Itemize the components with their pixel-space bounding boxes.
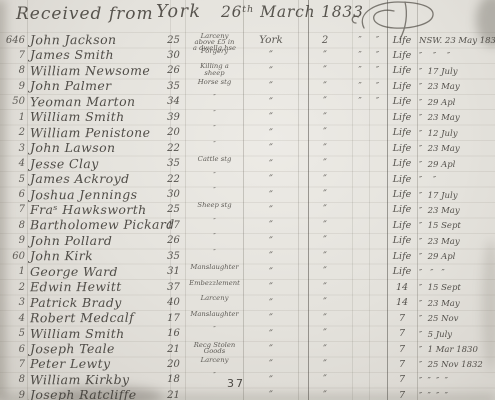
code-value: ″ (306, 359, 344, 370)
age-value: 40 (163, 297, 184, 308)
received-from-place: ″ (245, 158, 297, 170)
received-from-place: ″ (245, 328, 297, 340)
sentence-value: 7 (388, 359, 416, 370)
entry-number: 8 (0, 220, 25, 231)
sentence-value: Life (388, 189, 416, 200)
tick-mark-2: ″ (369, 36, 386, 46)
transport-remarks: ″ ″ ″ (419, 268, 495, 278)
sentence-value: Life (388, 158, 416, 169)
transport-remarks: NSW. 23 May 1833 (419, 36, 495, 46)
transport-remarks: ″ 23 May (419, 113, 495, 123)
prisoner-name: Peter Lewty (30, 356, 170, 371)
code-value: ″ (306, 143, 344, 154)
sentence-value: Life (388, 65, 416, 76)
offence-text: ″ (186, 110, 243, 116)
prisoner-name: James Ackroyd (30, 171, 170, 186)
code-value: ″ (306, 158, 344, 169)
entry-number: 4 (0, 158, 25, 169)
transport-remarks: ″ 23 May (419, 237, 495, 247)
age-value: 31 (163, 266, 184, 277)
age-value: 17 (163, 313, 184, 324)
code-value: ″ (306, 297, 344, 308)
received-from-place: ″ (245, 235, 297, 247)
entry-number: 3 (0, 143, 25, 154)
code-value: ″ (306, 328, 344, 339)
offence-text: Horse stg (186, 79, 243, 85)
prisoner-name: William Smith (30, 109, 170, 124)
prisoner-name: Yeoman Marton (30, 93, 170, 109)
ledger-row: 9Joseph Ratcliffe21″″7″ ″ ″ ″ (0, 389, 495, 400)
code-value: ″ (306, 50, 344, 61)
received-from-place: ″ (245, 65, 297, 77)
offence-text: Larceny (186, 357, 243, 363)
age-value: 30 (163, 189, 184, 200)
tick-mark-2: ″ (369, 66, 386, 76)
code-value: ″ (306, 96, 344, 107)
transport-remarks: ″ ″ ″ ″ (419, 376, 495, 386)
age-value: 30 (163, 50, 184, 61)
entry-number: 5 (0, 328, 25, 339)
code-value: ″ (306, 112, 344, 123)
ledger-row: 9John Palmer35Horse stg″″″″Life″ 23 May (0, 80, 495, 96)
offence-text: Larceny (186, 295, 243, 301)
code-value: ″ (306, 235, 344, 246)
age-value: 34 (163, 96, 184, 107)
tick-mark-2: ″ (369, 51, 386, 61)
sentence-value: Life (388, 50, 416, 61)
received-from-place: ″ (245, 297, 297, 309)
prisoner-name: Joshua Jennings (30, 186, 170, 202)
offence-text: Manslaughter (186, 264, 243, 270)
transport-remarks: ″ 23 May (419, 82, 495, 92)
prisoner-name: William Newsome (30, 63, 170, 79)
sentence-value: Life (388, 127, 416, 138)
offence-text: Manslaughter (186, 311, 243, 317)
header-place: York (156, 2, 202, 22)
tick-mark-1: ″ (352, 66, 368, 76)
sentence-value: 7 (388, 313, 416, 324)
code-value: ″ (306, 127, 344, 138)
transport-remarks: ″ 23 May (419, 144, 495, 154)
received-from-place: ″ (245, 250, 297, 262)
received-from-place: ″ (245, 358, 297, 370)
received-from-place: ″ (245, 96, 297, 108)
entry-number: 9 (0, 81, 25, 92)
entry-number: 9 (0, 235, 25, 246)
prisoner-name: John Palmer (30, 78, 170, 93)
age-value: 20 (163, 359, 184, 370)
sentence-value: Life (388, 96, 416, 107)
age-value: 25 (163, 35, 184, 46)
received-from-place: York (245, 34, 297, 46)
entry-number: 60 (0, 251, 25, 262)
sentence-value: Life (388, 143, 416, 154)
age-value: 20 (163, 127, 184, 138)
entry-number: 4 (0, 313, 25, 324)
offence-text: ″ (186, 187, 243, 193)
entry-number: 6 (0, 189, 25, 200)
received-from-place: ″ (245, 173, 297, 185)
received-from-place: ″ (245, 219, 297, 231)
code-value: ″ (306, 174, 344, 185)
transport-remarks: ″ 29 Apl (419, 160, 495, 170)
entry-number: 2 (0, 127, 25, 138)
transport-remarks: ″ 25 Nov 1832 (419, 360, 495, 370)
tick-mark-1: ″ (352, 82, 368, 92)
prisoner-name: Bartholomew Pickard (30, 217, 170, 233)
offence-text: Sheep stg (186, 202, 243, 208)
received-from-place: ″ (245, 111, 297, 123)
offence-text: ″ (186, 372, 243, 378)
age-value: 22 (163, 143, 184, 154)
transport-remarks: ″ 15 Sept (419, 283, 495, 293)
register-page: Received from York 26ᵗʰ March 1833 37 64… (0, 0, 495, 400)
transport-remarks: ″ 17 July (419, 191, 495, 201)
prisoner-name: Joseph Teale (30, 341, 170, 357)
header-date: 26ᵗʰ March 1833 (221, 3, 364, 21)
prisoner-name: James Smith (30, 47, 170, 62)
entry-number: 1 (0, 266, 25, 277)
tick-mark-1: ″ (352, 51, 368, 61)
offence-text: ″ (186, 249, 243, 255)
transport-remarks: ″ 15 Sept (419, 221, 495, 231)
age-value: 37 (163, 282, 184, 293)
prisoner-name: William Penistone (30, 124, 170, 140)
sentence-value: Life (388, 266, 416, 277)
transport-remarks: ″ 23 May (419, 206, 495, 216)
prisoner-name: Edwin Hewitt (30, 279, 170, 295)
sentence-value: 7 (388, 390, 416, 400)
entry-number: 8 (0, 65, 25, 76)
transport-remarks: ″ 17 July (419, 67, 495, 77)
transport-remarks: ″ 25 Nov (419, 314, 495, 324)
entry-number: 3 (0, 297, 25, 308)
transport-remarks: ″ ″ (419, 175, 495, 185)
code-value: ″ (306, 266, 344, 277)
code-value: ″ (306, 81, 344, 92)
entry-number: 646 (0, 35, 25, 46)
sentence-value: 7 (388, 374, 416, 385)
offence-text: ″ (186, 125, 243, 131)
offence-text: Recg Stolen Goods (186, 342, 243, 354)
received-from-place: ″ (245, 204, 297, 216)
received-from-place: ″ (245, 389, 297, 400)
age-value: 35 (163, 81, 184, 92)
offence-text: Embezzlement (186, 280, 243, 286)
sentence-value: Life (388, 112, 416, 123)
ledger-row: 1William Smith39″″″Life″ 23 May (0, 111, 495, 127)
entry-number: 8 (0, 374, 25, 385)
ledger-row: 3John Lawson22″″″Life″ 23 May (0, 142, 495, 158)
sentence-value: Life (388, 81, 416, 92)
code-value: ″ (306, 313, 344, 324)
transport-remarks: ″ 29 Apl (419, 252, 495, 262)
tick-mark-1: ″ (352, 36, 368, 46)
code-value: ″ (306, 189, 344, 200)
sentence-value: Life (388, 174, 416, 185)
sentence-value: Life (388, 220, 416, 231)
offence-text: ″ (186, 172, 243, 178)
transport-remarks: ″ ″ ″ (419, 51, 495, 61)
prisoner-name: Joseph Ratcliffe (30, 387, 170, 400)
prisoner-name: Jesse Clay (30, 155, 170, 171)
code-value: ″ (306, 374, 344, 385)
age-value: 21 (163, 390, 184, 400)
sentence-value: Life (388, 35, 416, 46)
tick-mark-1: ″ (352, 97, 368, 107)
received-from-place: ″ (245, 343, 297, 355)
offence-text: Killing a sheep (186, 63, 243, 75)
age-value: 39 (163, 112, 184, 123)
entry-number: 50 (0, 96, 25, 107)
sentence-value: Life (388, 251, 416, 262)
prisoner-name: William Kirkby (30, 372, 170, 388)
prisoner-name: Robert Medcalf (30, 310, 170, 326)
prisoner-name: William Smith (30, 326, 170, 341)
age-value: 22 (163, 174, 184, 185)
sentence-value: Life (388, 204, 416, 215)
age-value: 25 (163, 204, 184, 215)
offence-text: ″ (186, 326, 243, 332)
prisoner-name: Patrick Brady (30, 295, 170, 310)
received-from-place: ″ (245, 80, 297, 92)
entry-number: 5 (0, 174, 25, 185)
entry-number: 7 (0, 359, 25, 370)
prisoner-name: John Pollard (30, 233, 170, 248)
prisoner-name: John Lawson (30, 140, 170, 155)
age-value: 35 (163, 251, 184, 262)
offence-text: ″ (186, 141, 243, 147)
transport-remarks: ″ 23 May (419, 299, 495, 309)
offence-text: ″ (186, 233, 243, 239)
entry-number: 6 (0, 344, 25, 355)
entry-number: 9 (0, 390, 25, 400)
tick-mark-2: ″ (369, 82, 386, 92)
code-value: ″ (306, 65, 344, 76)
code-value: ″ (306, 251, 344, 262)
received-from-place: ″ (245, 312, 297, 324)
offence-text: Cattle stg (186, 156, 243, 162)
age-value: 16 (163, 328, 184, 339)
received-from-place: ″ (245, 49, 297, 61)
transport-remarks: ″ 29 Apl (419, 98, 495, 108)
entry-number: 2 (0, 282, 25, 293)
offence-text: ″ (186, 218, 243, 224)
received-from-place: ″ (245, 127, 297, 139)
prisoner-name: John Kirk (30, 248, 170, 264)
code-value: ″ (306, 220, 344, 231)
age-value: 35 (163, 158, 184, 169)
offence-text: Forgery (186, 48, 243, 54)
prisoner-name: George Ward (30, 264, 170, 279)
received-from-place: ″ (245, 142, 297, 154)
received-from-place: ″ (245, 374, 297, 386)
transport-remarks: ″ 5 July (419, 330, 495, 340)
received-from-place: ″ (245, 281, 297, 293)
sentence-value: 7 (388, 344, 416, 355)
age-value: 21 (163, 344, 184, 355)
received-from-place: ″ (245, 266, 297, 278)
sentence-value: 14 (388, 282, 416, 293)
code-value: ″ (306, 344, 344, 355)
offence-text: ″ (186, 94, 243, 100)
sentence-value: 14 (388, 297, 416, 308)
entry-number: 7 (0, 204, 25, 215)
received-from-place: ″ (245, 189, 297, 201)
transport-remarks: ″ 12 July (419, 129, 495, 139)
age-value: 18 (163, 374, 184, 385)
age-value: 17 (163, 220, 184, 231)
code-value: ″ (306, 390, 344, 400)
code-value: 2 (306, 35, 344, 46)
prisoner-name: Fraˢ Hawksworth (30, 202, 170, 217)
sentence-value: Life (388, 235, 416, 246)
code-value: ″ (306, 282, 344, 293)
code-value: ″ (306, 204, 344, 215)
ledger-row: 5James Ackroyd22″″″Life″ ″ (0, 173, 495, 189)
sentence-value: 7 (388, 328, 416, 339)
entry-number: 1 (0, 112, 25, 123)
header-received-from: Received from (16, 4, 154, 24)
transport-remarks: ″ 1 Mar 1830 (419, 345, 495, 355)
age-value: 26 (163, 65, 184, 76)
tick-mark-2: ″ (369, 97, 386, 107)
prisoner-name: John Jackson (30, 32, 170, 48)
transport-remarks: ″ ″ ″ ″ (419, 391, 495, 400)
entry-number: 7 (0, 50, 25, 61)
age-value: 26 (163, 235, 184, 246)
